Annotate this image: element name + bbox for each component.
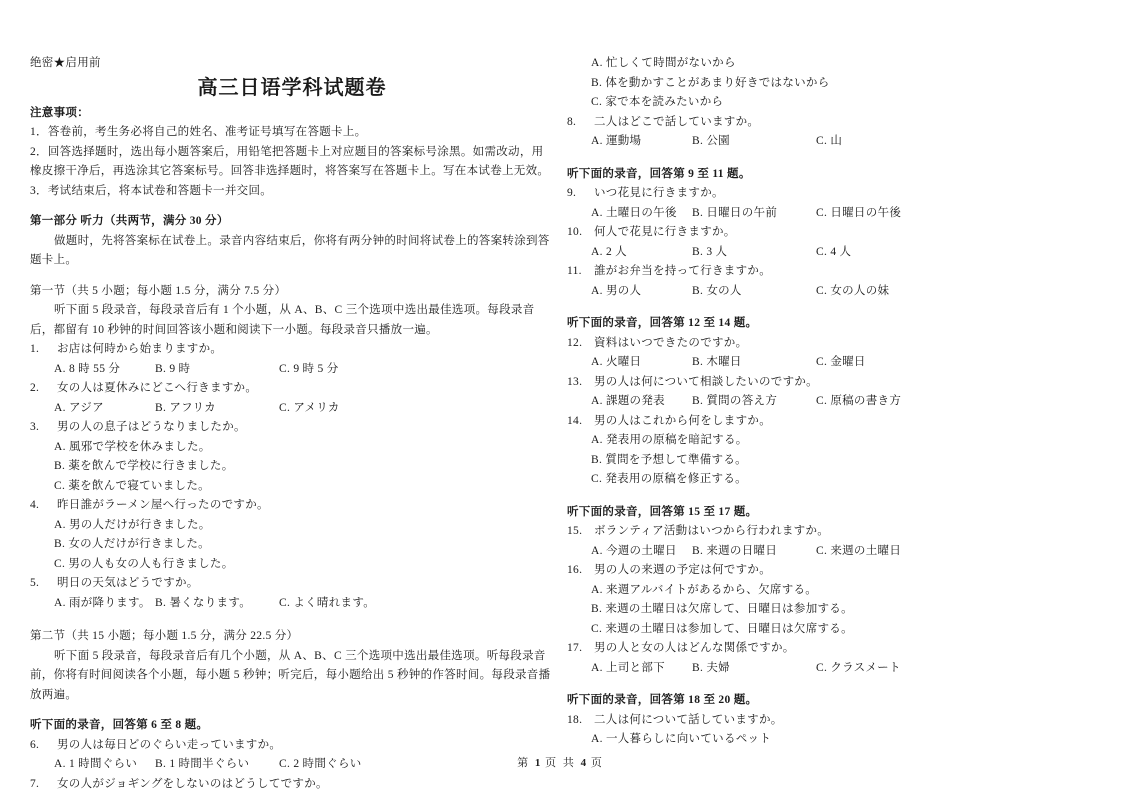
question-number: 16. [567, 561, 594, 581]
option-a: A. 男の人 [591, 282, 692, 302]
section1-heading: 第一节（共 5 小题；每小题 1.5 分，满分 7.5 分） [30, 282, 554, 302]
spacer [30, 705, 554, 716]
option-b: B. 女の人 [692, 282, 816, 302]
question-stem: 男の人は毎日どのぐらい走っていますか。 [57, 736, 554, 756]
question-number: 1. [30, 340, 57, 360]
question-number: 5. [30, 574, 57, 594]
exam-paper: 绝密★启用前高三日语学科试题卷注意事项：1．答卷前，考生务必将自己的姓名、准考证… [0, 0, 1121, 800]
question-stem: いつ花見に行きますか。 [594, 184, 1093, 204]
option-b: B. 公園 [692, 132, 816, 152]
group-heading-9-11: 听下面的录音，回答第 9 至 11 题。 [567, 165, 1093, 185]
option-line: C. 来週の土曜日は参加して、日曜日は欠席する。 [567, 620, 1093, 640]
group-heading-15-17: 听下面的录音，回答第 15 至 17 题。 [567, 503, 1093, 523]
question-number: 3. [30, 418, 57, 438]
option-a: A. 今週の土曜日 [591, 542, 692, 562]
option-line: C. 家で本を読みたいから [567, 93, 1093, 113]
left-column: 绝密★启用前高三日语学科试题卷注意事项：1．答卷前，考生务必将自己的姓名、准考证… [30, 54, 554, 794]
option-c: C. 9 時 5 分 [279, 360, 554, 380]
option-line: A. 発表用の原稿を暗記する。 [567, 431, 1093, 451]
question-number: 10. [567, 223, 594, 243]
option-c: C. よく晴れます。 [279, 594, 554, 614]
options-row: A. 男の人B. 女の人C. 女の人の妹 [567, 282, 1093, 302]
question-10: 10.何人で花見に行きますか。 [567, 223, 1093, 243]
option-c: C. 日曜日の午後 [816, 204, 1093, 224]
option-c: C. 原稿の書き方 [816, 392, 1093, 412]
spacer [567, 490, 1093, 503]
question-stem: 昨日誰がラーメン屋へ行ったのですか。 [57, 496, 554, 516]
option-a: A. 8 時 55 分 [54, 360, 155, 380]
question-4: 4.昨日誰がラーメン屋へ行ったのですか。 [30, 496, 554, 516]
option-a: A. 火曜日 [591, 353, 692, 373]
option-c: C. 山 [816, 132, 1093, 152]
options-row: A. 上司と部下B. 夫婦C. クラスメート [567, 659, 1093, 679]
question-number: 13. [567, 373, 594, 393]
question-number: 17. [567, 639, 594, 659]
option-c: C. アメリカ [279, 399, 554, 419]
question-13: 13.男の人は何について相談したいのですか。 [567, 373, 1093, 393]
footer-text: 页 [586, 757, 604, 769]
question-18: 18.二人は何について話していますか。 [567, 711, 1093, 731]
question-number: 14. [567, 412, 594, 432]
question-stem: 男の人の来週の予定は何ですか。 [594, 561, 1093, 581]
group-heading-6-8: 听下面的录音，回答第 6 至 8 题。 [30, 716, 554, 736]
question-11: 11.誰がお弁当を持って行きますか。 [567, 262, 1093, 282]
section2-intro: 听下面 5 段录音，每段录音后有几个小题，从 A、B、C 三个选项中选出最佳选项… [30, 647, 554, 706]
option-c: C. クラスメート [816, 659, 1093, 679]
question-7: 7.女の人がジョギングをしないのはどうしてですか。 [30, 775, 554, 795]
options-row: A. 今週の土曜日B. 来週の日曜日C. 来週の土曜日 [567, 542, 1093, 562]
question-stem: 二人は何について話していますか。 [594, 711, 1093, 731]
section1-intro: 听下面 5 段录音，每段录音后有 1 个小题，从 A、B、C 三个选项中选出最佳… [30, 301, 554, 340]
option-line: B. 薬を飲んで学校に行きました。 [30, 457, 554, 477]
option-b: B. 3 人 [692, 243, 816, 263]
group-heading-12-14: 听下面的录音，回答第 12 至 14 题。 [567, 314, 1093, 334]
notice-item-2: 2．回答选择题时，选出每小题答案后，用铅笔把答题卡上对应题目的答案标号涂黑。如需… [30, 143, 554, 182]
question-stem: 男の人は何について相談したいのですか。 [594, 373, 1093, 393]
question-number: 8. [567, 113, 594, 133]
question-6: 6.男の人は毎日どのぐらい走っていますか。 [30, 736, 554, 756]
options-row: A. アジアB. アフリカC. アメリカ [30, 399, 554, 419]
question-12: 12.資料はいつできたのですか。 [567, 334, 1093, 354]
question-14: 14.男の人はこれから何をしますか。 [567, 412, 1093, 432]
option-a: A. 2 人 [591, 243, 692, 263]
question-5: 5.明日の天気はどうですか。 [30, 574, 554, 594]
question-stem: 男の人はこれから何をしますか。 [594, 412, 1093, 432]
section2-heading: 第二节（共 15 小题；每小题 1.5 分，满分 22.5 分） [30, 627, 554, 647]
part1-intro: 做题时，先将答案标在试卷上。录音内容结束后，你将有两分钟的时间将试卷上的答案转涂… [30, 232, 554, 271]
question-number: 15. [567, 522, 594, 542]
option-b: B. 質問の答え方 [692, 392, 816, 412]
option-c: C. 4 人 [816, 243, 1093, 263]
options-row: A. 2 人B. 3 人C. 4 人 [567, 243, 1093, 263]
question-stem: 男の人と女の人はどんな関係ですか。 [594, 639, 1093, 659]
question-stem: 女の人がジョギングをしないのはどうしてですか。 [57, 775, 554, 795]
option-c: C. 来週の土曜日 [816, 542, 1093, 562]
question-stem: 女の人は夏休みにどこへ行きますか。 [57, 379, 554, 399]
option-line: A. 風邪で学校を休みました。 [30, 438, 554, 458]
group-heading-18-20: 听下面的录音，回答第 18 至 20 题。 [567, 691, 1093, 711]
question-number: 4. [30, 496, 57, 516]
question-number: 9. [567, 184, 594, 204]
options-row: A. 課題の発表B. 質問の答え方C. 原稿の書き方 [567, 392, 1093, 412]
option-line: B. 質問を予想して準備する。 [567, 451, 1093, 471]
notice-heading: 注意事项： [30, 104, 554, 124]
question-number: 18. [567, 711, 594, 731]
question-9: 9.いつ花見に行きますか。 [567, 184, 1093, 204]
spacer [30, 613, 554, 627]
footer-text: 页 共 [540, 757, 580, 769]
question-8: 8.二人はどこで話していますか。 [567, 113, 1093, 133]
part1-heading: 第一部分 听力（共两节，满分 30 分） [30, 212, 554, 232]
question-17: 17.男の人と女の人はどんな関係ですか。 [567, 639, 1093, 659]
question-15: 15.ボランティア活動はいつから行われますか。 [567, 522, 1093, 542]
page-footer: 第 1 页 共 4 页 [0, 754, 1121, 770]
question-3: 3.男の人の息子はどうなりましたか。 [30, 418, 554, 438]
right-column: A. 忙しくて時間がないからB. 体を動かすことがあまり好きではないからC. 家… [567, 54, 1093, 750]
question-stem: 男の人の息子はどうなりましたか。 [57, 418, 554, 438]
option-a: A. アジア [54, 399, 155, 419]
option-line: A. 一人暮らしに向いているペット [567, 730, 1093, 750]
options-row: A. 8 時 55 分B. 9 時C. 9 時 5 分 [30, 360, 554, 380]
question-stem: 明日の天気はどうですか。 [57, 574, 554, 594]
spacer [30, 201, 554, 212]
question-1: 1.お店は何時から始まりますか。 [30, 340, 554, 360]
question-number: 12. [567, 334, 594, 354]
option-line: B. 来週の土曜日は欠席して、日曜日は参加する。 [567, 600, 1093, 620]
question-number: 7. [30, 775, 57, 795]
option-line: A. 忙しくて時間がないから [567, 54, 1093, 74]
option-c: C. 女の人の妹 [816, 282, 1093, 302]
option-b: B. 夫婦 [692, 659, 816, 679]
options-row: A. 火曜日B. 木曜日C. 金曜日 [567, 353, 1093, 373]
option-line: A. 男の人だけが行きました。 [30, 516, 554, 536]
option-line: B. 女の人だけが行きました。 [30, 535, 554, 555]
options-row: A. 運動場B. 公園C. 山 [567, 132, 1093, 152]
option-a: A. 課題の発表 [591, 392, 692, 412]
option-b: B. 日曜日の午前 [692, 204, 816, 224]
question-number: 11. [567, 262, 594, 282]
option-a: A. 上司と部下 [591, 659, 692, 679]
option-line: B. 体を動かすことがあまり好きではないから [567, 74, 1093, 94]
option-a: A. 運動場 [591, 132, 692, 152]
options-row: A. 土曜日の午後B. 日曜日の午前C. 日曜日の午後 [567, 204, 1093, 224]
spacer [567, 152, 1093, 165]
option-line: C. 発表用の原稿を修正する。 [567, 470, 1093, 490]
option-a: A. 土曜日の午後 [591, 204, 692, 224]
options-row: A. 雨が降ります。B. 暑くなります。C. よく晴れます。 [30, 594, 554, 614]
classification-label: 绝密★启用前 [30, 54, 554, 74]
option-line: C. 薬を飲んで寝ていました。 [30, 477, 554, 497]
spacer [567, 678, 1093, 691]
footer-text: 第 [517, 757, 535, 769]
question-2: 2.女の人は夏休みにどこへ行きますか。 [30, 379, 554, 399]
option-b: B. 来週の日曜日 [692, 542, 816, 562]
option-a: A. 雨が降ります。 [54, 594, 155, 614]
notice-item-1: 1．答卷前，考生务必将自己的姓名、准考证号填写在答题卡上。 [30, 123, 554, 143]
spacer [30, 271, 554, 282]
spacer [567, 301, 1093, 314]
question-stem: 何人で花見に行きますか。 [594, 223, 1093, 243]
option-c: C. 金曜日 [816, 353, 1093, 373]
option-line: C. 男の人も女の人も行きました。 [30, 555, 554, 575]
question-number: 6. [30, 736, 57, 756]
exam-title: 高三日语学科试题卷 [30, 74, 554, 104]
question-stem: 二人はどこで話していますか。 [594, 113, 1093, 133]
option-b: B. 暑くなります。 [155, 594, 279, 614]
option-line: A. 来週アルバイトがあるから、欠席する。 [567, 581, 1093, 601]
question-16: 16.男の人の来週の予定は何ですか。 [567, 561, 1093, 581]
question-stem: 誰がお弁当を持って行きますか。 [594, 262, 1093, 282]
question-stem: お店は何時から始まりますか。 [57, 340, 554, 360]
option-b: B. アフリカ [155, 399, 279, 419]
question-stem: 資料はいつできたのですか。 [594, 334, 1093, 354]
question-number: 2. [30, 379, 57, 399]
option-b: B. 木曜日 [692, 353, 816, 373]
notice-item-3: 3．考试结束后，将本试卷和答题卡一并交回。 [30, 182, 554, 202]
option-b: B. 9 時 [155, 360, 279, 380]
question-stem: ボランティア活動はいつから行われますか。 [594, 522, 1093, 542]
